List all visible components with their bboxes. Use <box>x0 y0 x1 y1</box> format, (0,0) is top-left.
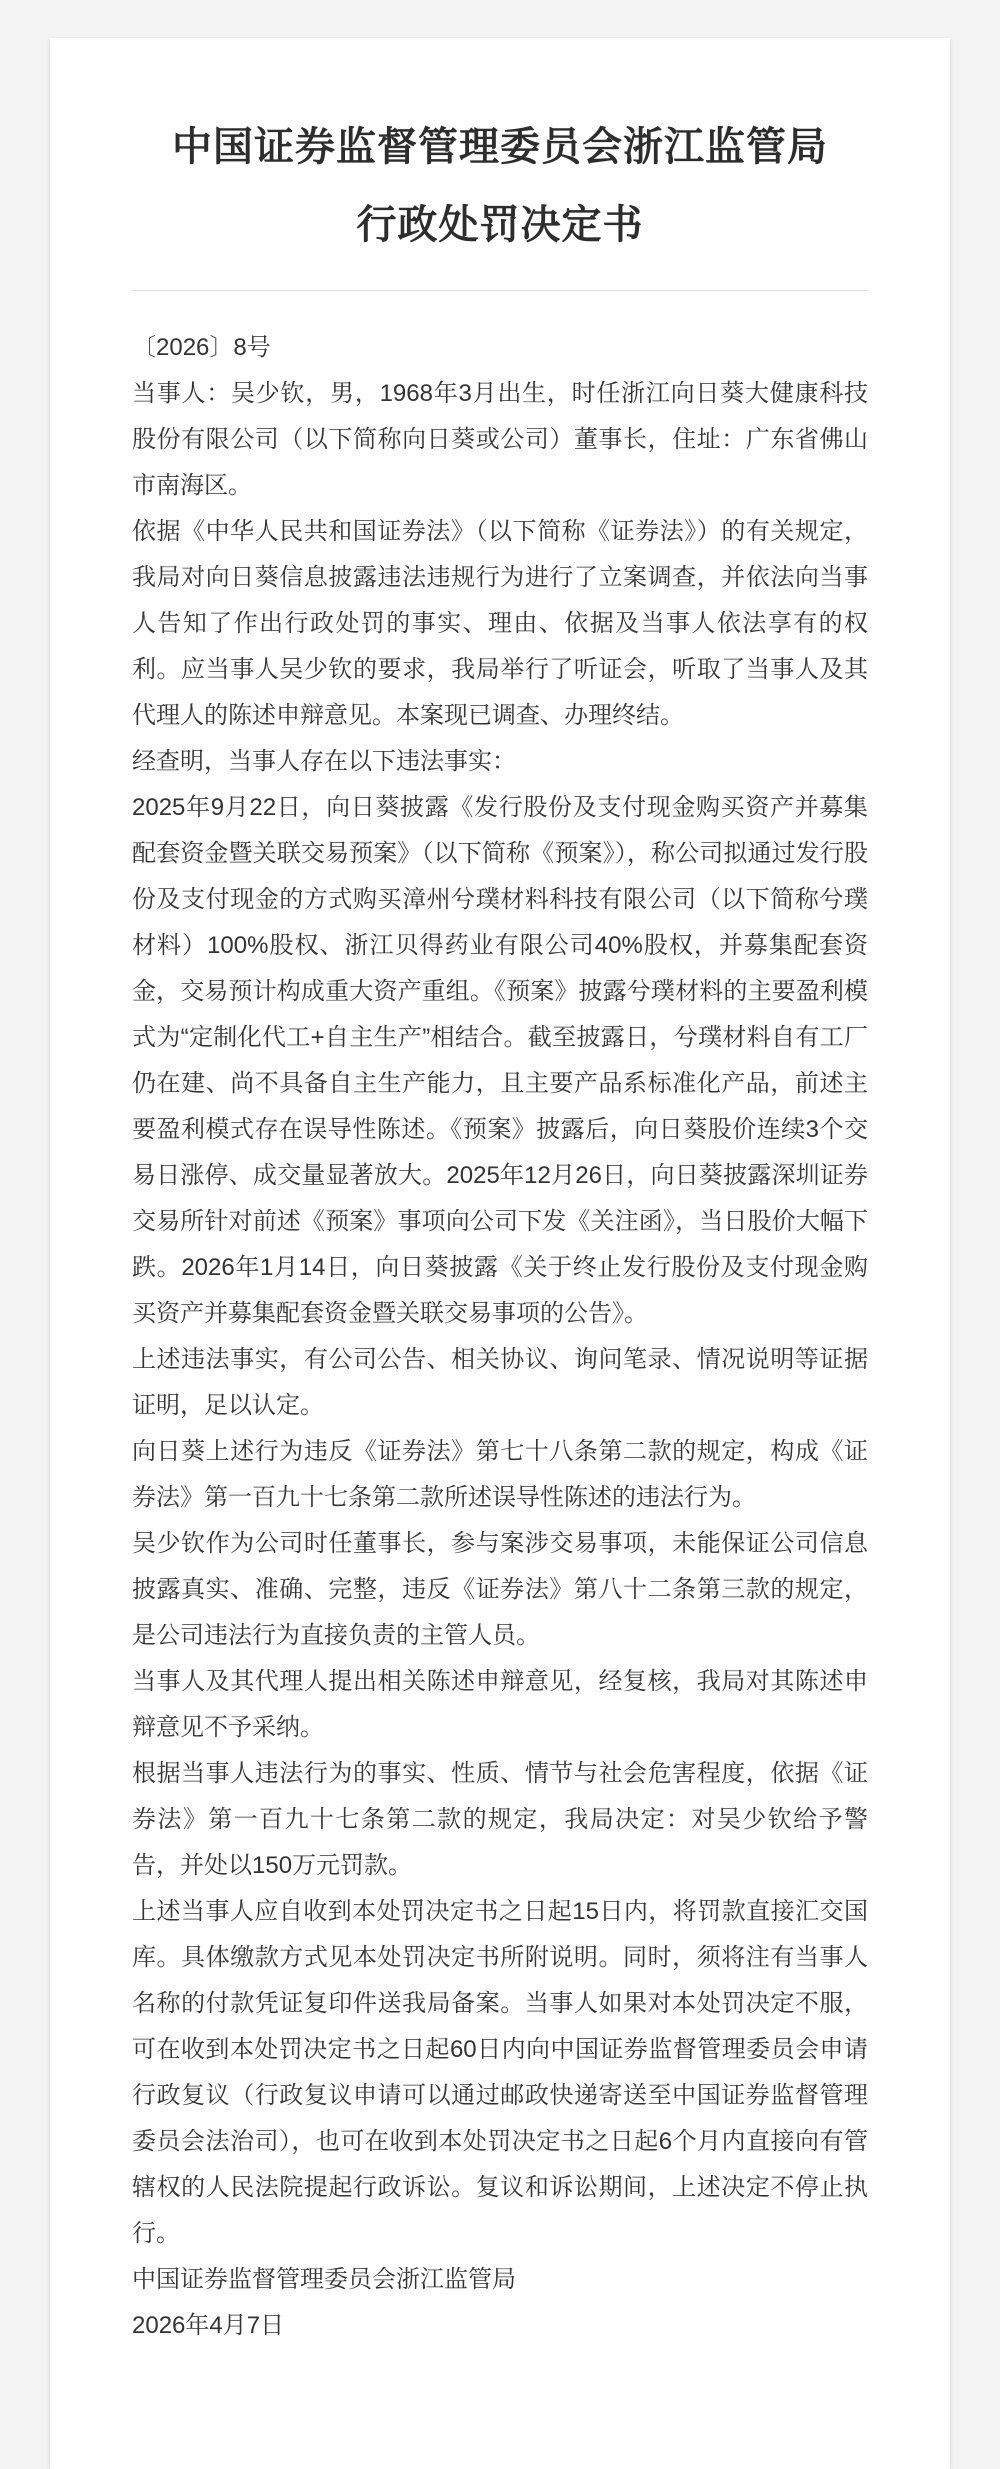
paragraph: 依据《中华人民共和国证券法》（以下简称《证券法》）的有关规定，我局对向日葵信息披… <box>132 509 868 739</box>
paragraph: 上述违法事实，有公司公告、相关协议、询问笔录、情况说明等证据证明，足以认定。 <box>132 1337 868 1429</box>
issuer-name: 中国证券监督管理委员会浙江监管局 <box>132 2257 868 2303</box>
document-title: 中国证券监督管理委员会浙江监管局 行政处罚决定书 <box>132 108 868 264</box>
paragraph: 2025年9月22日，向日葵披露《发行股份及支付现金购买资产并募集配套资金暨关联… <box>132 785 868 1337</box>
document-title-line-1: 中国证券监督管理委员会浙江监管局 <box>132 108 868 186</box>
document-body: 当事人：吴少钦，男，1968年3月出生，时任浙江向日葵大健康科技股份有限公司（以… <box>132 371 868 2257</box>
issue-date: 2026年4月7日 <box>132 2303 868 2349</box>
page-background: { "page": { "background_color": "#f3f3f4… <box>0 38 1000 2466</box>
paragraph: 当事人及其代理人提出相关陈述申辩意见，经复核，我局对其陈述申辩意见不予采纳。 <box>132 1659 868 1751</box>
document-title-line-2: 行政处罚决定书 <box>132 186 868 264</box>
paragraph: 经查明，当事人存在以下违法事实： <box>132 739 868 785</box>
document-number: 〔2026〕8号 <box>132 325 868 371</box>
document-card: 中国证券监督管理委员会浙江监管局 行政处罚决定书 〔2026〕8号 当事人：吴少… <box>50 38 950 2469</box>
title-divider <box>132 290 868 291</box>
paragraph: 向日葵上述行为违反《证券法》第七十八条第二款的规定，构成《证券法》第一百九十七条… <box>132 1429 868 1521</box>
paragraph: 当事人：吴少钦，男，1968年3月出生，时任浙江向日葵大健康科技股份有限公司（以… <box>132 371 868 509</box>
paragraph: 吴少钦作为公司时任董事长，参与案涉交易事项，未能保证公司信息披露真实、准确、完整… <box>132 1521 868 1659</box>
paragraph: 上述当事人应自收到本处罚决定书之日起15日内，将罚款直接汇交国库。具体缴款方式见… <box>132 1889 868 2257</box>
paragraph: 根据当事人违法行为的事实、性质、情节与社会危害程度，依据《证券法》第一百九十七条… <box>132 1751 868 1889</box>
